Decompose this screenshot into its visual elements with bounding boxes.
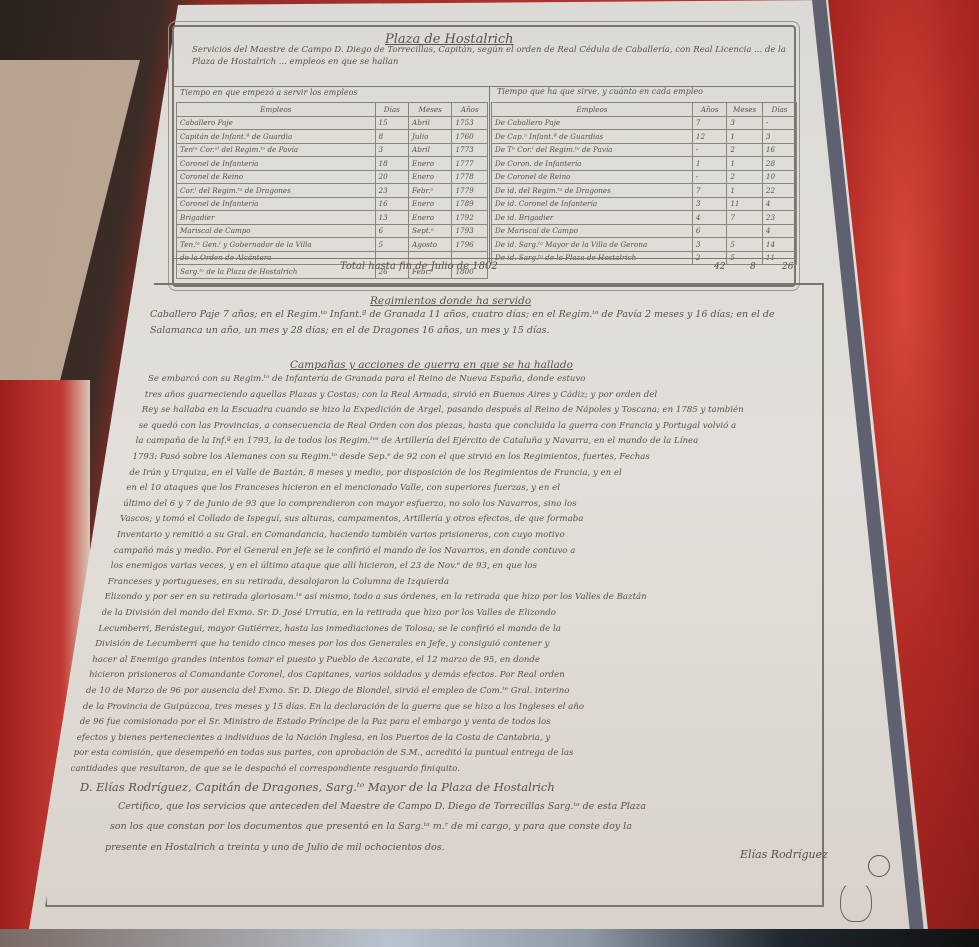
table-cell-empleo: Ten.ᵗᵉ Gen.ˡ y Gobernador de la Villa — [177, 238, 376, 252]
table-cell-dias: 14 — [762, 238, 796, 252]
campaigns-line: de la División del mando del Exmo. Sr. D… — [102, 606, 837, 621]
table-cell-ano: 1796 — [452, 238, 488, 252]
signature: Elías Rodríguez — [740, 848, 828, 861]
campaigns-line: tres años guarneciendo aquellas Plazas y… — [145, 388, 838, 403]
table-cell-anos: 7 — [692, 184, 726, 198]
table-cell-dias: 23 — [762, 211, 796, 225]
column-header: Empleos — [177, 103, 376, 117]
total-months: 8 — [750, 262, 756, 272]
table-cell-empleo: Tenᵗᵉ Cor.ᵉˡ del Regim.ᵗᵒ de Pavía — [177, 143, 376, 157]
table-cell-anos: 12 — [692, 130, 726, 144]
table-cell-ano: 1778 — [452, 170, 488, 184]
table-cell-mes: Enero — [409, 170, 452, 184]
table-cell-dia: 16 — [375, 197, 409, 211]
table-row: Brigadier13Enero1792 — [177, 211, 488, 225]
table-cell-dia: 3 — [375, 143, 409, 157]
table-cell-empleo: De id. Sarg.ᵗᵒ Mayor de la Villa de Gero… — [492, 238, 693, 252]
campaigns-line: Elizondo y por ser en su retirada glorio… — [105, 590, 837, 605]
campaigns-line: de la Provincia de Guipúzcoa, tres meses… — [83, 700, 836, 715]
campaigns-line: la campaña de la Inf.ª en 1793, la de to… — [136, 434, 838, 449]
campaigns-line: Rey se hallaba en la Escuadra cuando se … — [142, 403, 838, 418]
table-row: De Tᵉ Cor.ˡ del Regim.ᵗᵒ de Pavía-216 — [492, 143, 797, 157]
campaigns-line: campañó más y medio. Por el General en J… — [114, 544, 837, 559]
table-cell-ano: 1789 — [452, 197, 488, 211]
table-cell-mes: Sept.ᵉ — [409, 224, 452, 238]
campaigns-line: por esta comisión, que desempeñó en toda… — [74, 746, 836, 761]
table-cell-meses: 2 — [727, 170, 763, 184]
table-cell-empleo: De id. del Regim.ᵗᵒ de Dragones — [492, 184, 693, 198]
table-row: De Mariscal de Campo64 — [492, 224, 797, 238]
certification-line-1: D. Elías Rodríguez, Capitán de Dragones,… — [80, 780, 555, 794]
table-row: Ten.ᵗᵉ Gen.ˡ y Gobernador de la Villa5Ag… — [177, 238, 488, 252]
column-header: Meses — [409, 103, 452, 117]
table-cell-empleo: De Coron. de Infantería — [492, 157, 693, 171]
service-duration-table: Empleos Años Meses Días De Caballero Paj… — [491, 102, 797, 265]
table-cell-empleo: Coronel de Infantería — [177, 157, 376, 171]
signature-flourish — [868, 855, 890, 877]
table-cell-dias: 28 — [762, 157, 796, 171]
table-cell-dias: 3 — [762, 130, 796, 144]
campaigns-line: 1793: Pasó sobre los Alemanes con su Reg… — [133, 450, 838, 465]
campaigns-line: hacer al Enemigo grandes intentos tomar … — [92, 653, 836, 668]
table-cell-empleo: Caballero Paje — [177, 116, 376, 130]
table-cell-dias: - — [762, 116, 796, 130]
table-cell-meses: 3 — [727, 116, 763, 130]
table-cell-ano: 1760 — [452, 130, 488, 144]
campaigns-line: de Irún y Urquiza, en el Valle de Baztán… — [129, 466, 837, 481]
table-row: De Cap.ⁿ Infant.ª de Guardias1213 — [492, 130, 797, 144]
certification-line-2: Certifico, que los servicios que anteced… — [118, 801, 838, 812]
campaigns-line: Lecumberri, Berástegui, mayor Gutiérrez,… — [98, 622, 836, 637]
table-cell-meses: 2 — [727, 143, 763, 157]
table-cell-dia: 15 — [375, 116, 409, 130]
table-cell-dia: 23 — [375, 184, 409, 198]
table-cell-mes: Enero — [409, 211, 452, 225]
table-row: Cor.ˡ del Regim.ᵗᵒ de Dragones23Febr.ᵒ17… — [177, 184, 488, 198]
table-row: De Coronel de Reino-210 — [492, 170, 797, 184]
campaigns-line: último del 6 y 7 de Junio de 93 que lo c… — [123, 497, 837, 512]
table-cell-meses: 1 — [727, 130, 763, 144]
column-header: Años — [452, 103, 488, 117]
table-cell-dias: 4 — [762, 224, 796, 238]
table-header-row: Empleos Días Meses Años — [177, 103, 488, 117]
table-cell-ano: 1792 — [452, 211, 488, 225]
campaigns-line: Inventario y remitió a su Gral. en Coman… — [117, 528, 837, 543]
preamble-text: Servicios del Maestre de Campo D. Diego … — [192, 44, 792, 68]
total-divider — [174, 258, 796, 259]
table-row: De id. Coronel de Infantería3114 — [492, 197, 797, 211]
table-cell-dias: 4 — [762, 197, 796, 211]
table-cell-meses: 7 — [727, 211, 763, 225]
table-cell-ano: 1793 — [452, 224, 488, 238]
table-cell-mes: Enero — [409, 157, 452, 171]
table-row: Mariscal de Campo6Sept.ᵉ1793 — [177, 224, 488, 238]
table-cell-meses: 1 — [727, 157, 763, 171]
bottom-edge — [0, 929, 979, 947]
table-cell-anos: 7 — [692, 116, 726, 130]
service-start-table: Empleos Días Meses Años Caballero Paje15… — [176, 102, 488, 279]
table-cell-mes: Febr.ᵒ — [409, 184, 452, 198]
table-cell-dia: 20 — [375, 170, 409, 184]
total-label: Total hasta fin de Julio de 1802 — [340, 261, 498, 272]
table-cell-meses — [727, 224, 763, 238]
campaigns-line: los enemigos varias veces, y en el últim… — [111, 559, 837, 574]
table-cell-anos: 4 — [692, 211, 726, 225]
table-cell-anos: - — [692, 170, 726, 184]
certification-line-4: presente en Hostalrich a treinta y uno d… — [105, 842, 445, 853]
table-cell-dia: 8 — [375, 130, 409, 144]
campaigns-line: en el 10 ataques que los Franceses hicie… — [126, 481, 837, 496]
table-cell-mes: Agosto — [409, 238, 452, 252]
table-center-divider — [489, 86, 490, 262]
table-cell-anos: - — [692, 143, 726, 157]
table-cell-empleo: Cor.ˡ del Regim.ᵗᵒ de Dragones — [177, 184, 376, 198]
table-cell-dia: 13 — [375, 211, 409, 225]
table-row: De Caballero Paje73- — [492, 116, 797, 130]
column-header: Días — [375, 103, 409, 117]
table-cell-empleo: De id. Coronel de Infantería — [492, 197, 693, 211]
table-cell-ano: 1753 — [452, 116, 488, 130]
table-row: Tenᵗᵉ Cor.ᵉˡ del Regim.ᵗᵒ de Pavía3Abril… — [177, 143, 488, 157]
left-table-header: Tiempo en que empezó a servir los empleo… — [180, 88, 485, 97]
table-cell-dia: 6 — [375, 224, 409, 238]
table-cell-dia: 5 — [375, 238, 409, 252]
table-cell-mes: Julio — [409, 130, 452, 144]
table-row: Coronel de Reino20Enero1778 — [177, 170, 488, 184]
table-cell-meses: 11 — [727, 197, 763, 211]
table-cell-anos: 3 — [692, 238, 726, 252]
table-cell-dias: 22 — [762, 184, 796, 198]
table-row: De id. Brigadier4723 — [492, 211, 797, 225]
table-cell-anos: 1 — [692, 157, 726, 171]
regiments-title: Regimientos donde ha servido — [370, 295, 531, 307]
campaigns-line: División de Lecumberri que ha tenido cin… — [95, 637, 836, 652]
table-cell-empleo: De id. Brigadier — [492, 211, 693, 225]
table-cell-dia: 18 — [375, 157, 409, 171]
table-cell-empleo: Coronel de Reino — [177, 170, 376, 184]
table-row: Caballero Paje15Abril1753 — [177, 116, 488, 130]
table-row: Coronel de Infantería18Enero1777 — [177, 157, 488, 171]
column-header: Días — [762, 103, 796, 117]
table-cell-empleo: Brigadier — [177, 211, 376, 225]
regiments-text: Caballero Paje 7 años; en el Regim.ᵗᵒ In… — [150, 307, 830, 339]
campaigns-line: cantidades que resultaron, de que se le … — [71, 762, 836, 777]
table-cell-meses: 5 — [727, 238, 763, 252]
table-cell-anos: 6 — [692, 224, 726, 238]
table-cell-ano: 1777 — [452, 157, 488, 171]
table-cell-ano: 1773 — [452, 143, 488, 157]
table-cell-meses: 1 — [727, 184, 763, 198]
table-cell-empleo: De Tᵉ Cor.ˡ del Regim.ᵗᵒ de Pavía — [492, 143, 693, 157]
right-table-header: Tiempo que ha que sirve, y cuánto en cad… — [497, 87, 797, 96]
campaigns-line: efectos y bienes pertenecientes a indivi… — [77, 731, 836, 746]
certification-line-3: son los que constan por los documentos q… — [110, 821, 632, 832]
table-header-row: Empleos Años Meses Días — [492, 103, 797, 117]
table-cell-dias: 16 — [762, 143, 796, 157]
table-cell-empleo: Coronel de Infantería — [177, 197, 376, 211]
campaigns-title: Campañas y acciones de guerra en que se … — [290, 359, 573, 371]
column-header: Empleos — [492, 103, 693, 117]
table-cell-empleo: De Caballero Paje — [492, 116, 693, 130]
column-header: Meses — [727, 103, 763, 117]
table-row: Capitán de Infant.ª de Guardia8Julio1760 — [177, 130, 488, 144]
table-cell-empleo: Capitán de Infant.ª de Guardia — [177, 130, 376, 144]
campaigns-line: se quedó con las Provincias, a consecuen… — [139, 419, 838, 434]
campaigns-line: de 10 de Marzo de 96 por ausencia del Ex… — [86, 684, 836, 699]
table-cell-ano: 1779 — [452, 184, 488, 198]
table-cell-mes: Abril — [409, 143, 452, 157]
table-row: De Coron. de Infantería1128 — [492, 157, 797, 171]
table-row: Coronel de Infantería16Enero1789 — [177, 197, 488, 211]
table-row: De id. del Regim.ᵗᵒ de Dragones7122 — [492, 184, 797, 198]
table-cell-empleo: De Coronel de Reino — [492, 170, 693, 184]
table-cell-empleo: De Cap.ⁿ Infant.ª de Guardias — [492, 130, 693, 144]
campaigns-line: Se embarcó con su Regim.ᵗᵒ de Infantería… — [148, 372, 838, 387]
table-cell-dias: 10 — [762, 170, 796, 184]
campaigns-line: de 96 fue comisionado por el Sr. Ministr… — [80, 715, 836, 730]
total-days: 26 — [782, 262, 793, 272]
campaigns-line: Vascos; y tomó el Collado de Ispeguí, su… — [120, 512, 837, 527]
table-cell-empleo: De Mariscal de Campo — [492, 224, 693, 238]
total-years: 42 — [714, 262, 725, 272]
table-cell-mes: Enero — [409, 197, 452, 211]
table-cell-mes: Abril — [409, 116, 452, 130]
column-header: Años — [692, 103, 726, 117]
signature-rubric — [840, 880, 872, 922]
campaigns-line: Franceses y portugueses, en su retirada,… — [108, 575, 837, 590]
table-row: De id. Sarg.ᵗᵒ Mayor de la Villa de Gero… — [492, 238, 797, 252]
table-cell-anos: 3 — [692, 197, 726, 211]
table-cell-empleo: Mariscal de Campo — [177, 224, 376, 238]
campaigns-line: hicieron prisioneros al Comandante Coron… — [89, 668, 836, 683]
